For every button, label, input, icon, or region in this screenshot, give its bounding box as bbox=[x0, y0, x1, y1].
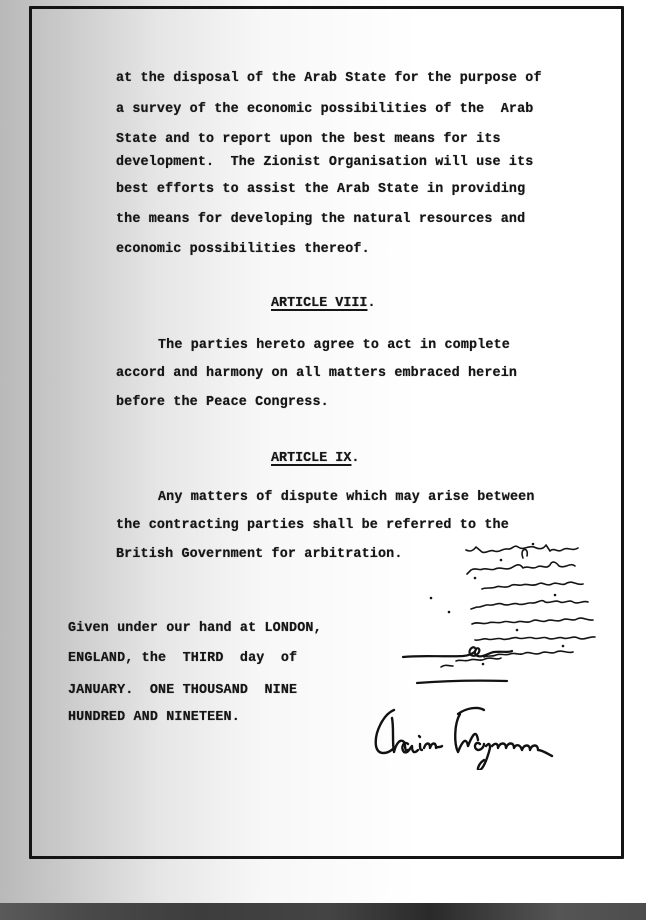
text-line: JANUARY. ONE THOUSAND NINE bbox=[68, 683, 297, 698]
text-line: British Government for arbitration. bbox=[116, 547, 403, 562]
text-line: development. The Zionist Organisation wi… bbox=[116, 155, 533, 170]
text-line: Given under our hand at LONDON, bbox=[68, 621, 322, 636]
article-8-period: . bbox=[367, 296, 375, 311]
text-line: accord and harmony on all matters embrac… bbox=[116, 366, 517, 381]
text-line: a survey of the economic possibilities o… bbox=[116, 102, 533, 117]
text-line: the means for developing the natural res… bbox=[116, 212, 525, 227]
scan-bottom-edge bbox=[0, 903, 646, 920]
signature-chaim-weizmann bbox=[368, 700, 568, 770]
article-9-period: . bbox=[351, 451, 359, 466]
text-line: at the disposal of the Arab State for th… bbox=[116, 71, 542, 86]
text-line: the contracting parties shall be referre… bbox=[116, 518, 509, 533]
text-line: before the Peace Congress. bbox=[116, 395, 329, 410]
text-line: economic possibilities thereof. bbox=[116, 242, 370, 257]
arabic-handwritten-note bbox=[383, 540, 598, 690]
text-line: The parties hereto agree to act in compl… bbox=[158, 338, 510, 353]
text-line: Any matters of dispute which may arise b… bbox=[158, 490, 535, 505]
text-line: State and to report upon the best means … bbox=[116, 132, 501, 147]
article-8-title: ARTICLE VIII bbox=[271, 296, 367, 311]
article-8-heading: ARTICLE VIII. bbox=[271, 296, 375, 311]
text-line: HUNDRED AND NINETEEN. bbox=[68, 710, 240, 725]
article-9-title: ARTICLE IX bbox=[271, 451, 351, 466]
article-9-heading: ARTICLE IX. bbox=[271, 451, 359, 466]
text-line: best efforts to assist the Arab State in… bbox=[116, 182, 525, 197]
text-line: ENGLAND, the THIRD day of bbox=[68, 651, 297, 666]
